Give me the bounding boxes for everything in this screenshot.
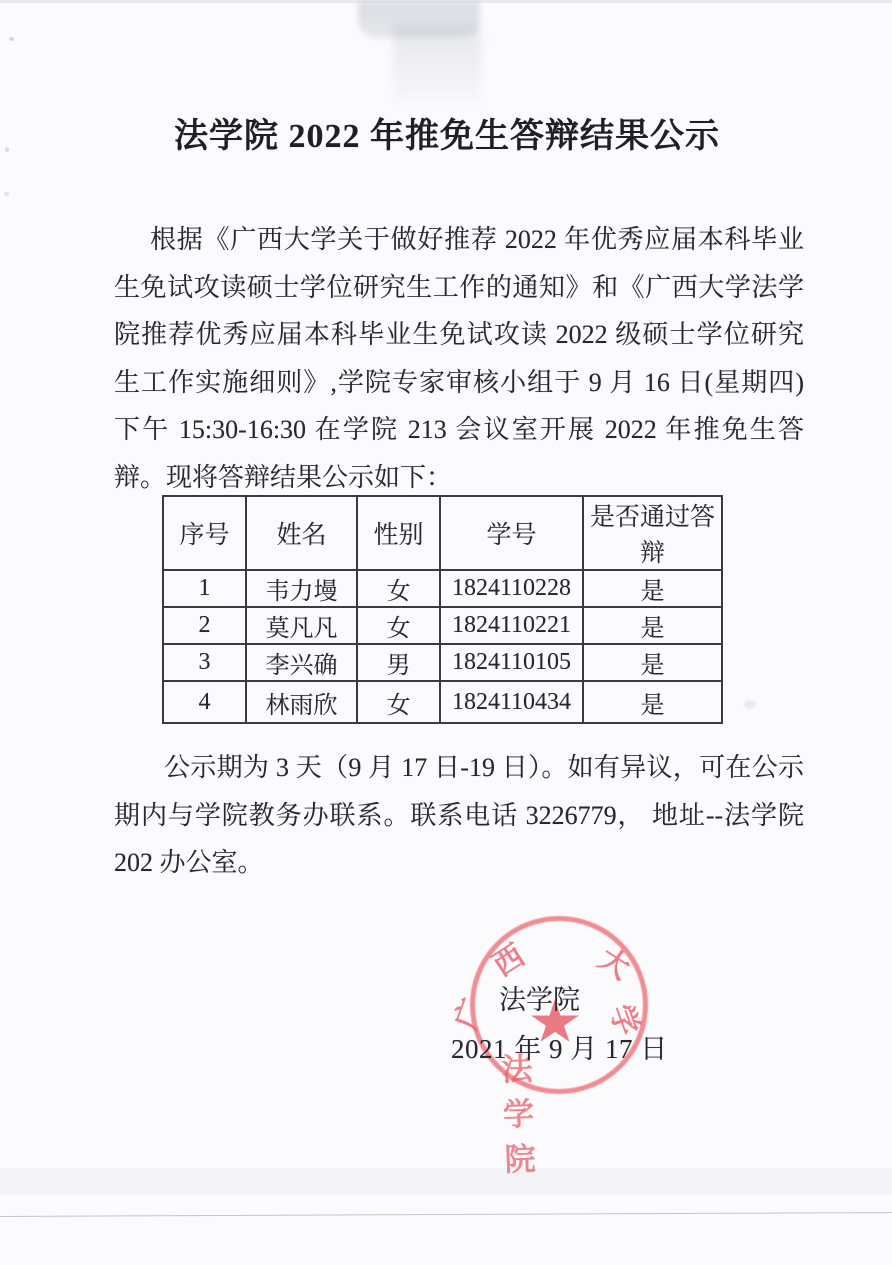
cell-index: 3 [163, 644, 246, 681]
table-row: 3 李兴确 男 1824110105 是 [163, 644, 722, 681]
table-row: 1 韦力墁 女 1824110228 是 [163, 570, 722, 607]
scan-speck [744, 700, 756, 709]
col-header-student-id: 学号 [440, 496, 583, 570]
scan-speck [5, 147, 9, 152]
cell-student-id: 1824110434 [440, 681, 583, 723]
paragraph-line: 院推荐优秀应届本科毕业生免试攻读 2022 级硕士学位研究 [114, 311, 804, 359]
cell-index: 1 [163, 570, 246, 607]
cell-name: 李兴确 [246, 644, 357, 681]
cell-name: 韦力墁 [246, 570, 357, 607]
scan-speck [9, 37, 14, 41]
cell-index: 4 [163, 681, 246, 723]
cell-name: 林雨欣 [246, 681, 357, 723]
cell-student-id: 1824110221 [440, 607, 583, 644]
scan-bottom-band-artifact [0, 1168, 892, 1194]
scan-speck [4, 192, 9, 196]
cell-passed: 是 [583, 644, 722, 681]
col-header-index: 序号 [163, 496, 246, 570]
paragraph-line: 202 办公室。 [114, 839, 804, 887]
table-row: 2 莫凡凡 女 1824110221 是 [163, 607, 722, 644]
col-header-passed: 是否通过答辩 [583, 496, 722, 570]
paragraph-line: 期内与学院教务办联系。联系电话 3226779， 地址--法学院 [114, 792, 804, 840]
cell-gender: 女 [357, 681, 440, 723]
paragraph-line: 生免试攻读硕士学位研究生工作的通知》和《广西大学法学 [114, 264, 804, 312]
col-header-name: 姓名 [246, 496, 357, 570]
table-header-row: 序号 姓名 性别 学号 是否通过答辩 [163, 496, 722, 570]
paragraph-line: 生工作实施细则》,学院专家审核小组于 9 月 16 日(星期四) [114, 359, 804, 407]
scanned-document-page: 法学院 2022 年推免生答辩结果公示 根据《广西大学关于做好推荐 2022 年… [0, 0, 892, 1265]
cell-index: 2 [163, 607, 246, 644]
cell-passed: 是 [583, 681, 722, 723]
cell-gender: 男 [357, 644, 440, 681]
cell-student-id: 1824110105 [440, 644, 583, 681]
paragraph-line: 下午 15:30-16:30 在学院 213 会议室开展 2022 年推免生答 [114, 406, 804, 454]
paragraph-line: 公示期为 3 天（9 月 17 日-19 日）。如有异议，可在公示 [114, 744, 804, 792]
document-title: 法学院 2022 年推免生答辩结果公示 [102, 112, 792, 162]
signature-organization: 法学院 [499, 978, 580, 1017]
signature-date: 2021 年 9 月 17 日 [451, 1027, 668, 1066]
cell-passed: 是 [583, 607, 722, 644]
cell-name: 莫凡凡 [246, 607, 357, 644]
cell-student-id: 1824110228 [440, 570, 583, 607]
scan-bottom-line-artifact [0, 1212, 892, 1217]
col-header-gender: 性别 [357, 496, 440, 570]
paragraph-line: 根据《广西大学关于做好推荐 2022 年优秀应届本科毕业 [114, 216, 804, 264]
table-row: 4 林雨欣 女 1824110434 是 [163, 681, 722, 723]
cell-gender: 女 [357, 570, 440, 607]
defense-results-table: 序号 姓名 性别 学号 是否通过答辩 1 韦力墁 女 1824110228 是 … [162, 495, 723, 724]
cell-gender: 女 [357, 607, 440, 644]
intro-paragraph: 根据《广西大学关于做好推荐 2022 年优秀应届本科毕业 生免试攻读硕士学位研究… [114, 216, 804, 502]
publicity-period-paragraph: 公示期为 3 天（9 月 17 日-19 日）。如有异议，可在公示 期内与学院教… [114, 744, 804, 887]
cell-passed: 是 [583, 570, 722, 607]
scanner-shadow-artifact [393, 24, 481, 104]
